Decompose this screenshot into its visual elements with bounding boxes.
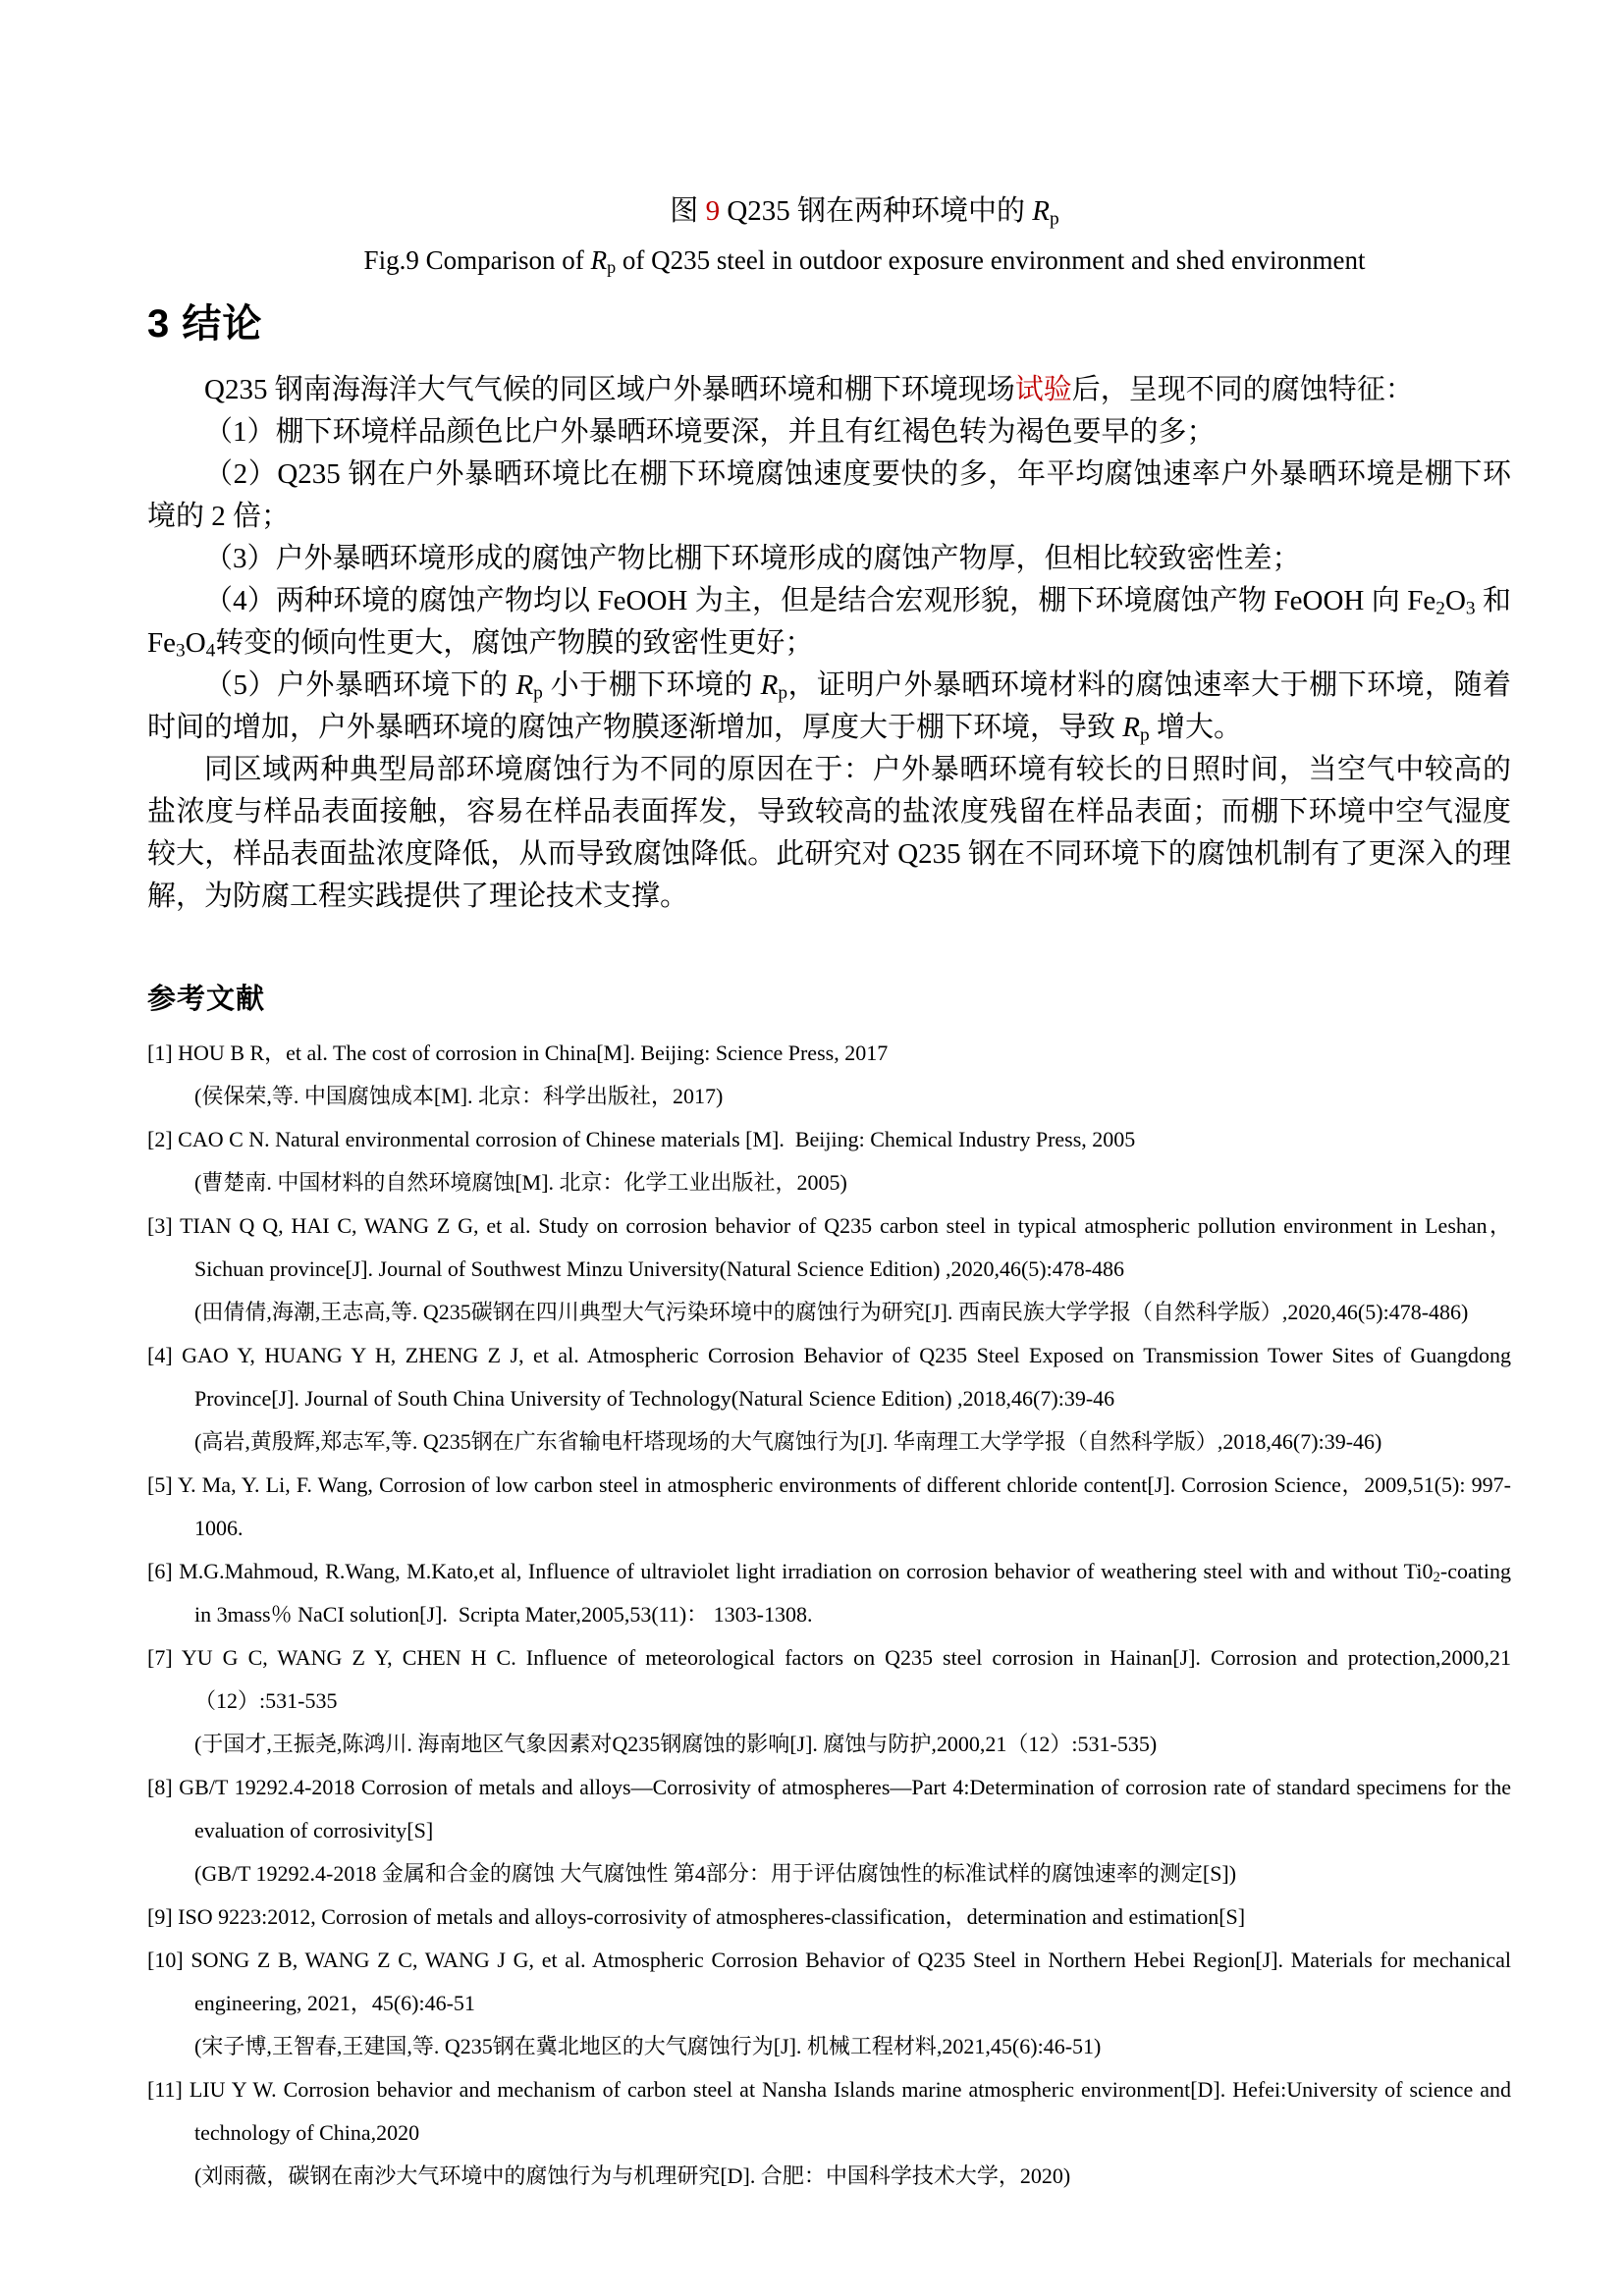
text-segment: [1] HOU B R，et al. The cost of corrosion… xyxy=(147,1041,888,1065)
reference-item: [6] M.G.Mahmoud, R.Wang, M.Kato,et al, I… xyxy=(147,1550,1511,1636)
reference-text-zh: (GB/T 19292.4-2018 金属和合金的腐蚀 大气腐蚀性 第4部分：用… xyxy=(147,1852,1511,1896)
subscript-text: 3 xyxy=(176,640,186,661)
text-segment: 图 xyxy=(670,195,705,227)
section-heading-conclusion: 3 结论 xyxy=(147,302,1511,346)
conclusion-paragraph: 同区域两种典型局部环境腐蚀行为不同的原因在于：户外暴晒环境有较长的日照时间，当空… xyxy=(147,749,1511,918)
reference-item: [3] TIAN Q Q, HAI C, WANG Z G, et al. St… xyxy=(147,1204,1511,1334)
text-segment: [9] ISO 9223:2012, Corrosion of metals a… xyxy=(147,1904,1245,1929)
reference-item: [10] SONG Z B, WANG Z C, WANG J G, et al… xyxy=(147,1939,1511,2068)
reference-text-en: [3] TIAN Q Q, HAI C, WANG Z G, et al. St… xyxy=(147,1204,1511,1291)
subscript-text: p xyxy=(1050,208,1059,229)
text-segment: [6] M.G.Mahmoud, R.Wang, M.Kato,et al, I… xyxy=(147,1559,1434,1583)
reference-item: [7] YU G C, WANG Z Y, CHEN H C. Influenc… xyxy=(147,1636,1511,1766)
text-segment: O xyxy=(1445,585,1466,616)
reference-item: [8] GB/T 19292.4-2018 Corrosion of metal… xyxy=(147,1766,1511,1896)
text-segment: [5] Y. Ma, Y. Li, F. Wang, Corrosion of … xyxy=(147,1472,1511,1540)
reference-text-zh: (曹楚南. 中国材料的自然环境腐蚀[M]. 北京：化学工业出版社，2005) xyxy=(147,1161,1511,1204)
subscript-text: 4 xyxy=(206,640,216,661)
text-segment: Q235 钢在两种环境中的 xyxy=(720,195,1032,227)
text-segment: Q235 钢南海海洋大气气候的同区域户外暴晒环境和棚下环境现场 xyxy=(204,374,1015,405)
text-segment: (田倩倩,海潮,王志高,等. Q235碳钢在四川典型大气污染环境中的腐蚀行为研究… xyxy=(194,1300,1468,1324)
subscript-text: 3 xyxy=(1466,598,1476,618)
text-segment: O xyxy=(186,627,206,659)
subscript-text: p xyxy=(607,257,616,277)
highlighted-text: 试验 xyxy=(1015,374,1072,405)
text-segment: Fig.9 Comparison of xyxy=(364,245,591,275)
reference-text-en: [8] GB/T 19292.4-2018 Corrosion of metal… xyxy=(147,1766,1511,1852)
reference-item: [2] CAO C N. Natural environmental corro… xyxy=(147,1118,1511,1204)
reference-text-en: [4] GAO Y, HUANG Y H, ZHENG Z J, et al. … xyxy=(147,1334,1511,1420)
text-segment: （4）两种环境的腐蚀产物均以 FeOOH 为主，但是结合宏观形貌，棚下环境腐蚀产… xyxy=(204,585,1435,616)
text-segment: 增大。 xyxy=(1150,712,1242,743)
conclusion-paragraph: （1）棚下环境样品颜色比户外暴晒环境要深，并且有红褐色转为褐色要早的多； xyxy=(147,411,1511,454)
text-segment: （5）户外暴晒环境下的 xyxy=(204,669,515,701)
text-segment: （2）Q235 钢在户外暴晒环境比在棚下环境腐蚀速度要快的多，年平均腐蚀速率户外… xyxy=(147,458,1511,532)
reference-list: [1] HOU B R，et al. The cost of corrosion… xyxy=(147,1032,1511,2198)
text-segment: 后，呈现不同的腐蚀特征： xyxy=(1072,374,1414,405)
subscript-text: 2 xyxy=(1434,1570,1440,1585)
text-segment: (刘雨薇，碳钢在南沙大气环境中的腐蚀行为与机理研究[D]. 合肥：中国科学技术大… xyxy=(194,2163,1070,2188)
reference-text-en: [11] LIU Y W. Corrosion behavior and mec… xyxy=(147,2068,1511,2155)
text-segment: [3] TIAN Q Q, HAI C, WANG Z G, et al. St… xyxy=(147,1213,1511,1281)
italic-symbol: R xyxy=(1032,195,1050,227)
highlighted-text: 9 xyxy=(706,195,721,227)
conclusion-paragraph: （4）两种环境的腐蚀产物均以 FeOOH 为主，但是结合宏观形貌，棚下环境腐蚀产… xyxy=(147,580,1511,665)
text-segment: [10] SONG Z B, WANG Z C, WANG J G, et al… xyxy=(147,1948,1511,2015)
text-segment: [7] YU G C, WANG Z Y, CHEN H C. Influenc… xyxy=(147,1645,1511,1713)
reference-text-en: [2] CAO C N. Natural environmental corro… xyxy=(147,1118,1511,1161)
reference-text-zh: (宋子博,王智春,王建国,等. Q235钢在冀北地区的大气腐蚀行为[J]. 机械… xyxy=(147,2025,1511,2068)
text-segment: (高岩,黄殷辉,郑志军,等. Q235钢在广东省输电杆塔现场的大气腐蚀行为[J]… xyxy=(194,1429,1381,1454)
reference-item: [11] LIU Y W. Corrosion behavior and mec… xyxy=(147,2068,1511,2198)
subscript-text: 2 xyxy=(1435,598,1445,618)
text-segment: [11] LIU Y W. Corrosion behavior and mec… xyxy=(147,2077,1511,2145)
subscript-text: p xyxy=(533,682,543,703)
conclusion-paragraph: （5）户外暴晒环境下的 Rp 小于棚下环境的 Rp，证明户外暴晒环境材料的腐蚀速… xyxy=(147,665,1511,749)
text-segment: （1）棚下环境样品颜色比户外暴晒环境要深，并且有红褐色转为褐色要早的多； xyxy=(204,416,1216,448)
conclusion-body: Q235 钢南海海洋大气气候的同区域户外暴晒环境和棚下环境现场试验后，呈现不同的… xyxy=(147,369,1511,918)
reference-text-en: [9] ISO 9223:2012, Corrosion of metals a… xyxy=(147,1896,1511,1939)
text-segment: [2] CAO C N. Natural environmental corro… xyxy=(147,1127,1135,1151)
conclusion-paragraph: （3）户外暴晒环境形成的腐蚀产物比棚下环境形成的腐蚀产物厚，但相比较致密性差； xyxy=(147,538,1511,580)
reference-item: [4] GAO Y, HUANG Y H, ZHENG Z J, et al. … xyxy=(147,1334,1511,1464)
text-segment: of Q235 steel in outdoor exposure enviro… xyxy=(616,245,1365,275)
italic-symbol: R xyxy=(761,669,779,701)
text-segment: 同区域两种典型局部环境腐蚀行为不同的原因在于：户外暴晒环境有较长的日照时间，当空… xyxy=(147,754,1511,912)
italic-symbol: R xyxy=(1122,712,1140,743)
italic-symbol: R xyxy=(515,669,533,701)
document-page: 图 9 Q235 钢在两种环境中的 Rp Fig.9 Comparison of… xyxy=(0,0,1624,2296)
reference-item: [9] ISO 9223:2012, Corrosion of metals a… xyxy=(147,1896,1511,1939)
reference-text-zh: (侯保荣,等. 中国腐蚀成本[M]. 北京：科学出版社，2017) xyxy=(147,1075,1511,1118)
text-segment: （3）户外暴晒环境形成的腐蚀产物比棚下环境形成的腐蚀产物厚，但相比较致密性差； xyxy=(204,543,1301,574)
text-segment: (GB/T 19292.4-2018 金属和合金的腐蚀 大气腐蚀性 第4部分：用… xyxy=(194,1861,1236,1886)
reference-text-en: [10] SONG Z B, WANG Z C, WANG J G, et al… xyxy=(147,1939,1511,2025)
text-segment: (曹楚南. 中国材料的自然环境腐蚀[M]. 北京：化学工业出版社，2005) xyxy=(194,1170,847,1195)
text-segment: [8] GB/T 19292.4-2018 Corrosion of metal… xyxy=(147,1775,1511,1842)
figure-caption-en: Fig.9 Comparison of Rp of Q235 steel in … xyxy=(147,243,1511,277)
reference-text-zh: (于国才,王振尧,陈鸿川. 海南地区气象因素对Q235钢腐蚀的影响[J]. 腐蚀… xyxy=(147,1723,1511,1766)
reference-text-en: [1] HOU B R，et al. The cost of corrosion… xyxy=(147,1032,1511,1075)
reference-text-en: [5] Y. Ma, Y. Li, F. Wang, Corrosion of … xyxy=(147,1464,1511,1550)
text-segment: (宋子博,王智春,王建国,等. Q235钢在冀北地区的大气腐蚀行为[J]. 机械… xyxy=(194,2034,1101,2058)
italic-symbol: R xyxy=(591,245,608,275)
text-segment: 小于棚下环境的 xyxy=(543,669,761,701)
text-segment: [4] GAO Y, HUANG Y H, ZHENG Z J, et al. … xyxy=(147,1343,1511,1411)
reference-text-zh: (高岩,黄殷辉,郑志军,等. Q235钢在广东省输电杆塔现场的大气腐蚀行为[J]… xyxy=(147,1420,1511,1464)
reference-text-en: [7] YU G C, WANG Z Y, CHEN H C. Influenc… xyxy=(147,1636,1511,1723)
subscript-text: p xyxy=(1140,724,1150,745)
references-heading: 参考文献 xyxy=(147,983,1511,1016)
text-segment: (于国才,王振尧,陈鸿川. 海南地区气象因素对Q235钢腐蚀的影响[J]. 腐蚀… xyxy=(194,1732,1157,1756)
reference-text-zh: (田倩倩,海潮,王志高,等. Q235碳钢在四川典型大气污染环境中的腐蚀行为研究… xyxy=(147,1291,1511,1334)
reference-text-zh: (刘雨薇，碳钢在南沙大气环境中的腐蚀行为与机理研究[D]. 合肥：中国科学技术大… xyxy=(147,2155,1511,2198)
reference-item: [5] Y. Ma, Y. Li, F. Wang, Corrosion of … xyxy=(147,1464,1511,1550)
text-segment: (侯保荣,等. 中国腐蚀成本[M]. 北京：科学出版社，2017) xyxy=(194,1084,723,1108)
reference-item: [1] HOU B R，et al. The cost of corrosion… xyxy=(147,1032,1511,1118)
subscript-text: p xyxy=(778,682,787,703)
conclusion-paragraph: （2）Q235 钢在户外暴晒环境比在棚下环境腐蚀速度要快的多，年平均腐蚀速率户外… xyxy=(147,454,1511,538)
text-segment: 转变的倾向性更大，腐蚀产物膜的致密性更好； xyxy=(215,627,813,659)
conclusion-paragraph: Q235 钢南海海洋大气气候的同区域户外暴晒环境和棚下环境现场试验后，呈现不同的… xyxy=(147,369,1511,411)
reference-text-en: [6] M.G.Mahmoud, R.Wang, M.Kato,et al, I… xyxy=(147,1550,1511,1636)
figure-caption-zh: 图 9 Q235 钢在两种环境中的 Rp xyxy=(147,194,1511,228)
